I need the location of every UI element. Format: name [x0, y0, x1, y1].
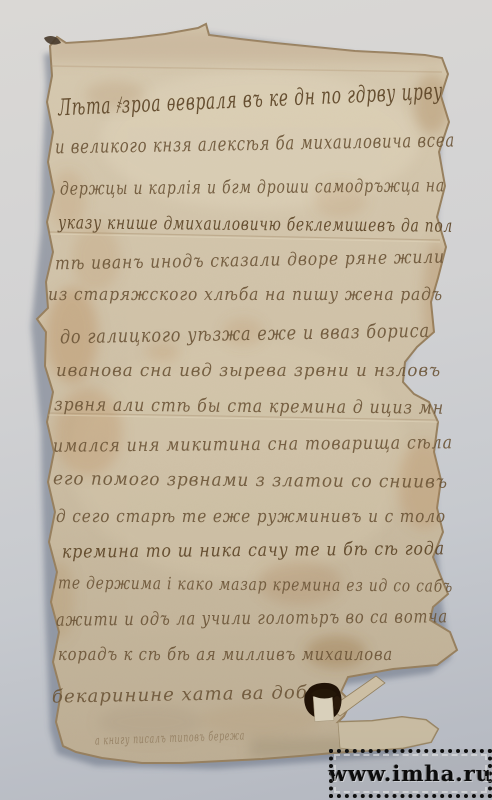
- handwritten-line: из старяжского хлѣба на пишу жена радъ: [48, 284, 443, 305]
- handwritten-line: д сего старѣ те еже ружминивъ и с толо: [56, 506, 446, 527]
- handwritten-line: зрвня али стѣ бы ста кремина д ициз мн: [54, 394, 444, 418]
- handwritten-line: те держима i како мазар кремина ез ид со…: [58, 573, 453, 596]
- manuscript-scene: Лѣта ҂зроа ѳевраля въ ке дн по гдрву црв…: [0, 0, 492, 800]
- handwritten-line: корадъ к сѣ бѣ ая милливъ михаилова: [58, 644, 393, 665]
- handwritten-line: имался иня микитина сна товарища сѣла: [53, 432, 453, 456]
- watermark-text: www.imha.ru: [329, 761, 492, 786]
- handwritten-line: иванова сна ивд зырева зрвни и нзловъ: [56, 360, 441, 381]
- handwritten-line: держцы и карлiя и бгм дроши самодръжца н…: [60, 175, 445, 199]
- manuscript-photo: Лѣта ҂зроа ѳевраля въ ке дн по гдрву црв…: [0, 0, 492, 800]
- handwritten-line: указу книше дмихаиловичю беклемишевъ да …: [57, 212, 453, 236]
- handwritten-line: кремина то ш ника сачу те и бѣ сѣ года: [62, 538, 445, 562]
- handwritten-line: ажити и одъ ла учили голотьръ во са вотч…: [56, 606, 448, 630]
- watermark-stamp: www.imha.ru: [329, 749, 492, 798]
- handwritten-line: его помого зрвнами з златои со сниивъ: [53, 468, 448, 492]
